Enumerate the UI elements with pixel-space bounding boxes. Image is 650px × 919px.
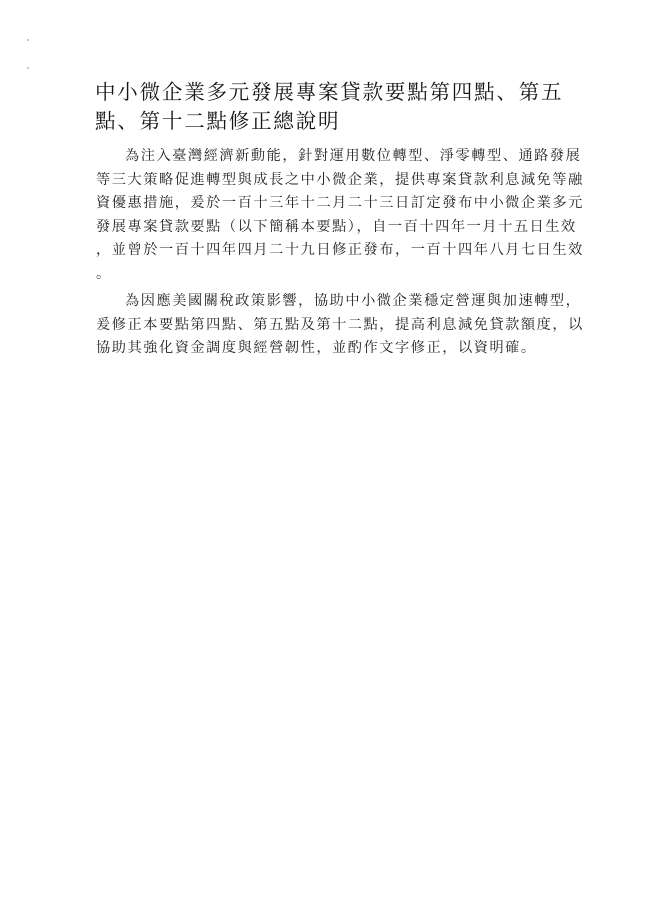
paragraph-1-line-3: 資優惠措施，爰於一百十三年十二月二十三日訂定發布中小微企業多元 [96, 192, 590, 216]
document-page: 中小微企業多元發展專案貸款要點第四點、第五 點、第十二點修正總說明 為注入臺灣經… [0, 0, 650, 919]
paragraph-2-line-1: 為因應美國關稅政策影響，協助中小微企業穩定營運與加速轉型， [96, 290, 590, 314]
paragraph-2: 為因應美國關稅政策影響，協助中小微企業穩定營運與加速轉型， 爰修正本要點第四點、… [96, 290, 590, 361]
paragraph-1: 為注入臺灣經濟新動能，針對運用數位轉型、淨零轉型、通路發展 等三大策略促進轉型與… [96, 145, 590, 286]
paragraph-1-line-1: 為注入臺灣經濟新動能，針對運用數位轉型、淨零轉型、通路發展 [96, 145, 590, 169]
paragraph-2-line-2: 爰修正本要點第四點、第五點及第十二點，提高利息減免貸款額度，以 [96, 314, 590, 338]
title-line-2: 點、第十二點修正總說明 [95, 107, 585, 136]
scan-speck [27, 67, 29, 69]
paragraph-1-line-2: 等三大策略促進轉型與成長之中小微企業，提供專案貸款利息減免等融 [96, 169, 590, 193]
document-title: 中小微企業多元發展專案貸款要點第四點、第五 點、第十二點修正總說明 [95, 78, 585, 136]
paragraph-1-line-4: 發展專案貸款要點（以下簡稱本要點），自一百十四年一月十五日生效 [96, 216, 590, 240]
title-line-1: 中小微企業多元發展專案貸款要點第四點、第五 [95, 78, 585, 107]
scan-speck [27, 39, 29, 41]
paragraph-1-line-5: ，並曾於一百十四年四月二十九日修正發布，一百十四年八月七日生效 [96, 239, 590, 263]
paragraph-1-line-6: 。 [96, 263, 590, 287]
paragraph-2-line-3: 協助其強化資金調度與經營韌性，並酌作文字修正，以資明確。 [96, 337, 590, 361]
